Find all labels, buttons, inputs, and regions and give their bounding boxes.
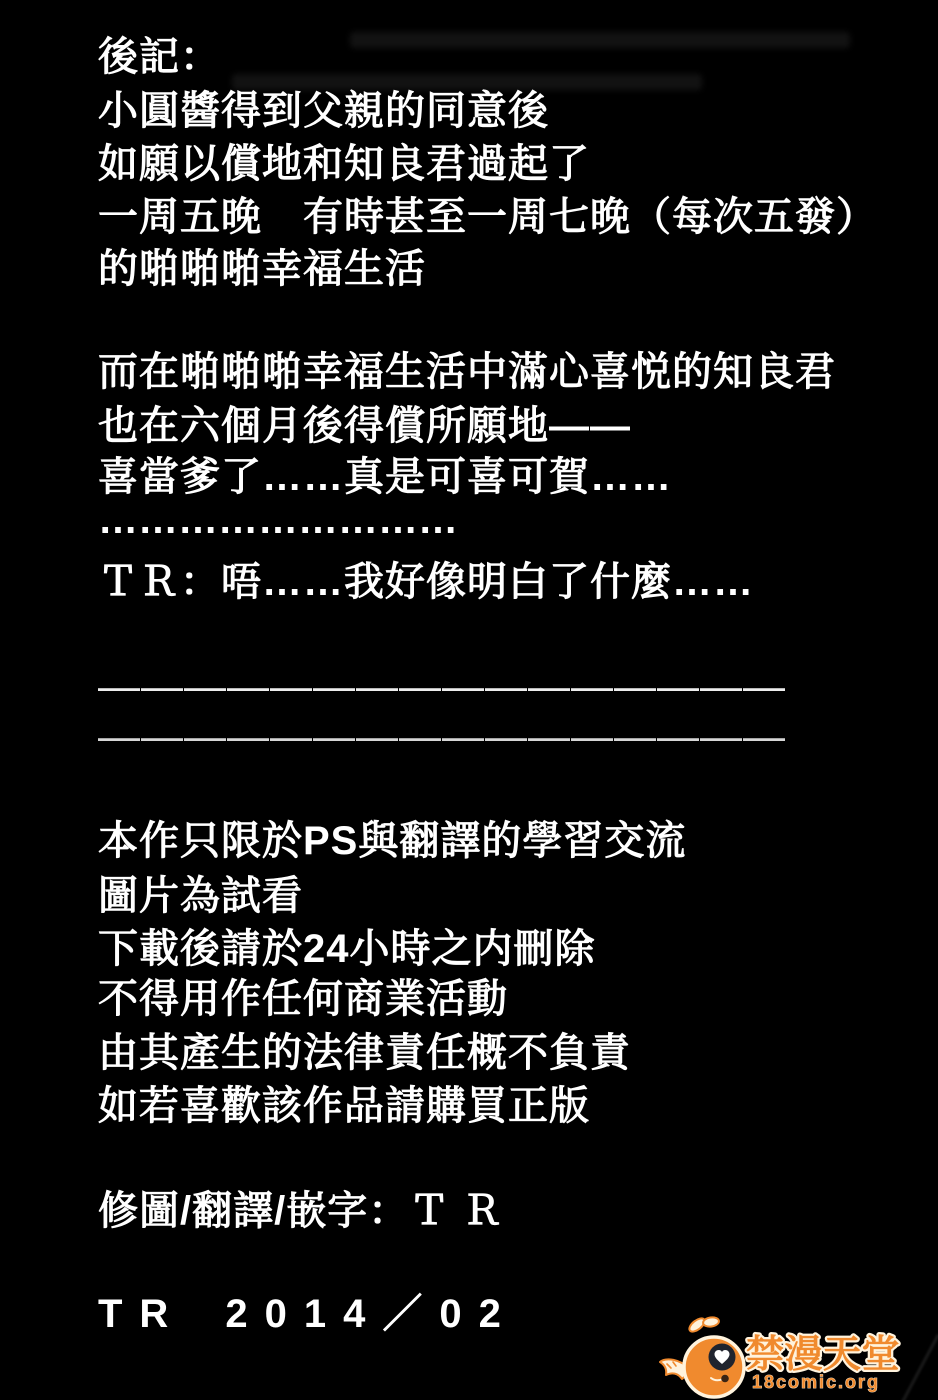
disclaimer-line: 不得用作任何商業活動 — [98, 978, 508, 1020]
whale-mascot-icon — [660, 1316, 744, 1397]
disclaimer-line: 本作只限於PS與翻譯的學習交流 — [98, 820, 686, 862]
disclaimer-line: 由其產生的法律責任概不負責 — [98, 1032, 631, 1074]
afterword-line: 的啪啪啪幸福生活 — [98, 248, 426, 290]
afterword-heading: 後記： — [98, 36, 221, 78]
dash-separator-1: ———————————————— — [98, 664, 786, 708]
credits-staff-line: 修圖/翻譯/嵌字：Ｔ Ｒ — [98, 1190, 503, 1232]
afterword-line: 小圓醬得到父親的同意後 — [98, 90, 549, 132]
disclaimer-line: 下載後請於24小時之内刪除 — [98, 928, 596, 970]
watermark-site-name: 禁漫天堂 — [746, 1334, 900, 1376]
watermark-site-url: 18comic.org — [752, 1372, 880, 1392]
disclaimer-line: 圖片為試看 — [98, 875, 303, 917]
afterword-line: 而在啪啪啪幸福生活中滿心喜悦的知良君 — [98, 351, 836, 393]
afterword-page: 後記： 小圓醬得到父親的同意後 如願以償地和知良君過起了 一周五晚 有時甚至一周… — [0, 0, 938, 1400]
ellipsis-row: ……………………… — [98, 499, 458, 541]
afterword-line: 也在六個月後得償所願地—— — [98, 405, 631, 447]
site-watermark: 禁漫天堂 18comic.org — [655, 1312, 910, 1400]
ghost-artifact-top-1 — [350, 32, 850, 48]
translator-comment: ＴＲ：唔……我好像明白了什麼…… — [98, 561, 754, 603]
afterword-line: 一周五晚 有時甚至一周七晚（每次五發） — [98, 196, 877, 238]
disclaimer-line: 如若喜歡該作品請購買正版 — [98, 1085, 590, 1127]
credits-signature: TR 2014／02 — [98, 1293, 518, 1335]
ghost-artifact-top-2 — [232, 74, 702, 90]
afterword-line: 如願以償地和知良君過起了 — [98, 143, 590, 185]
afterword-line: 喜當爹了……真是可喜可賀…… — [98, 456, 672, 498]
dash-separator-2: ———————————————— — [98, 714, 786, 758]
